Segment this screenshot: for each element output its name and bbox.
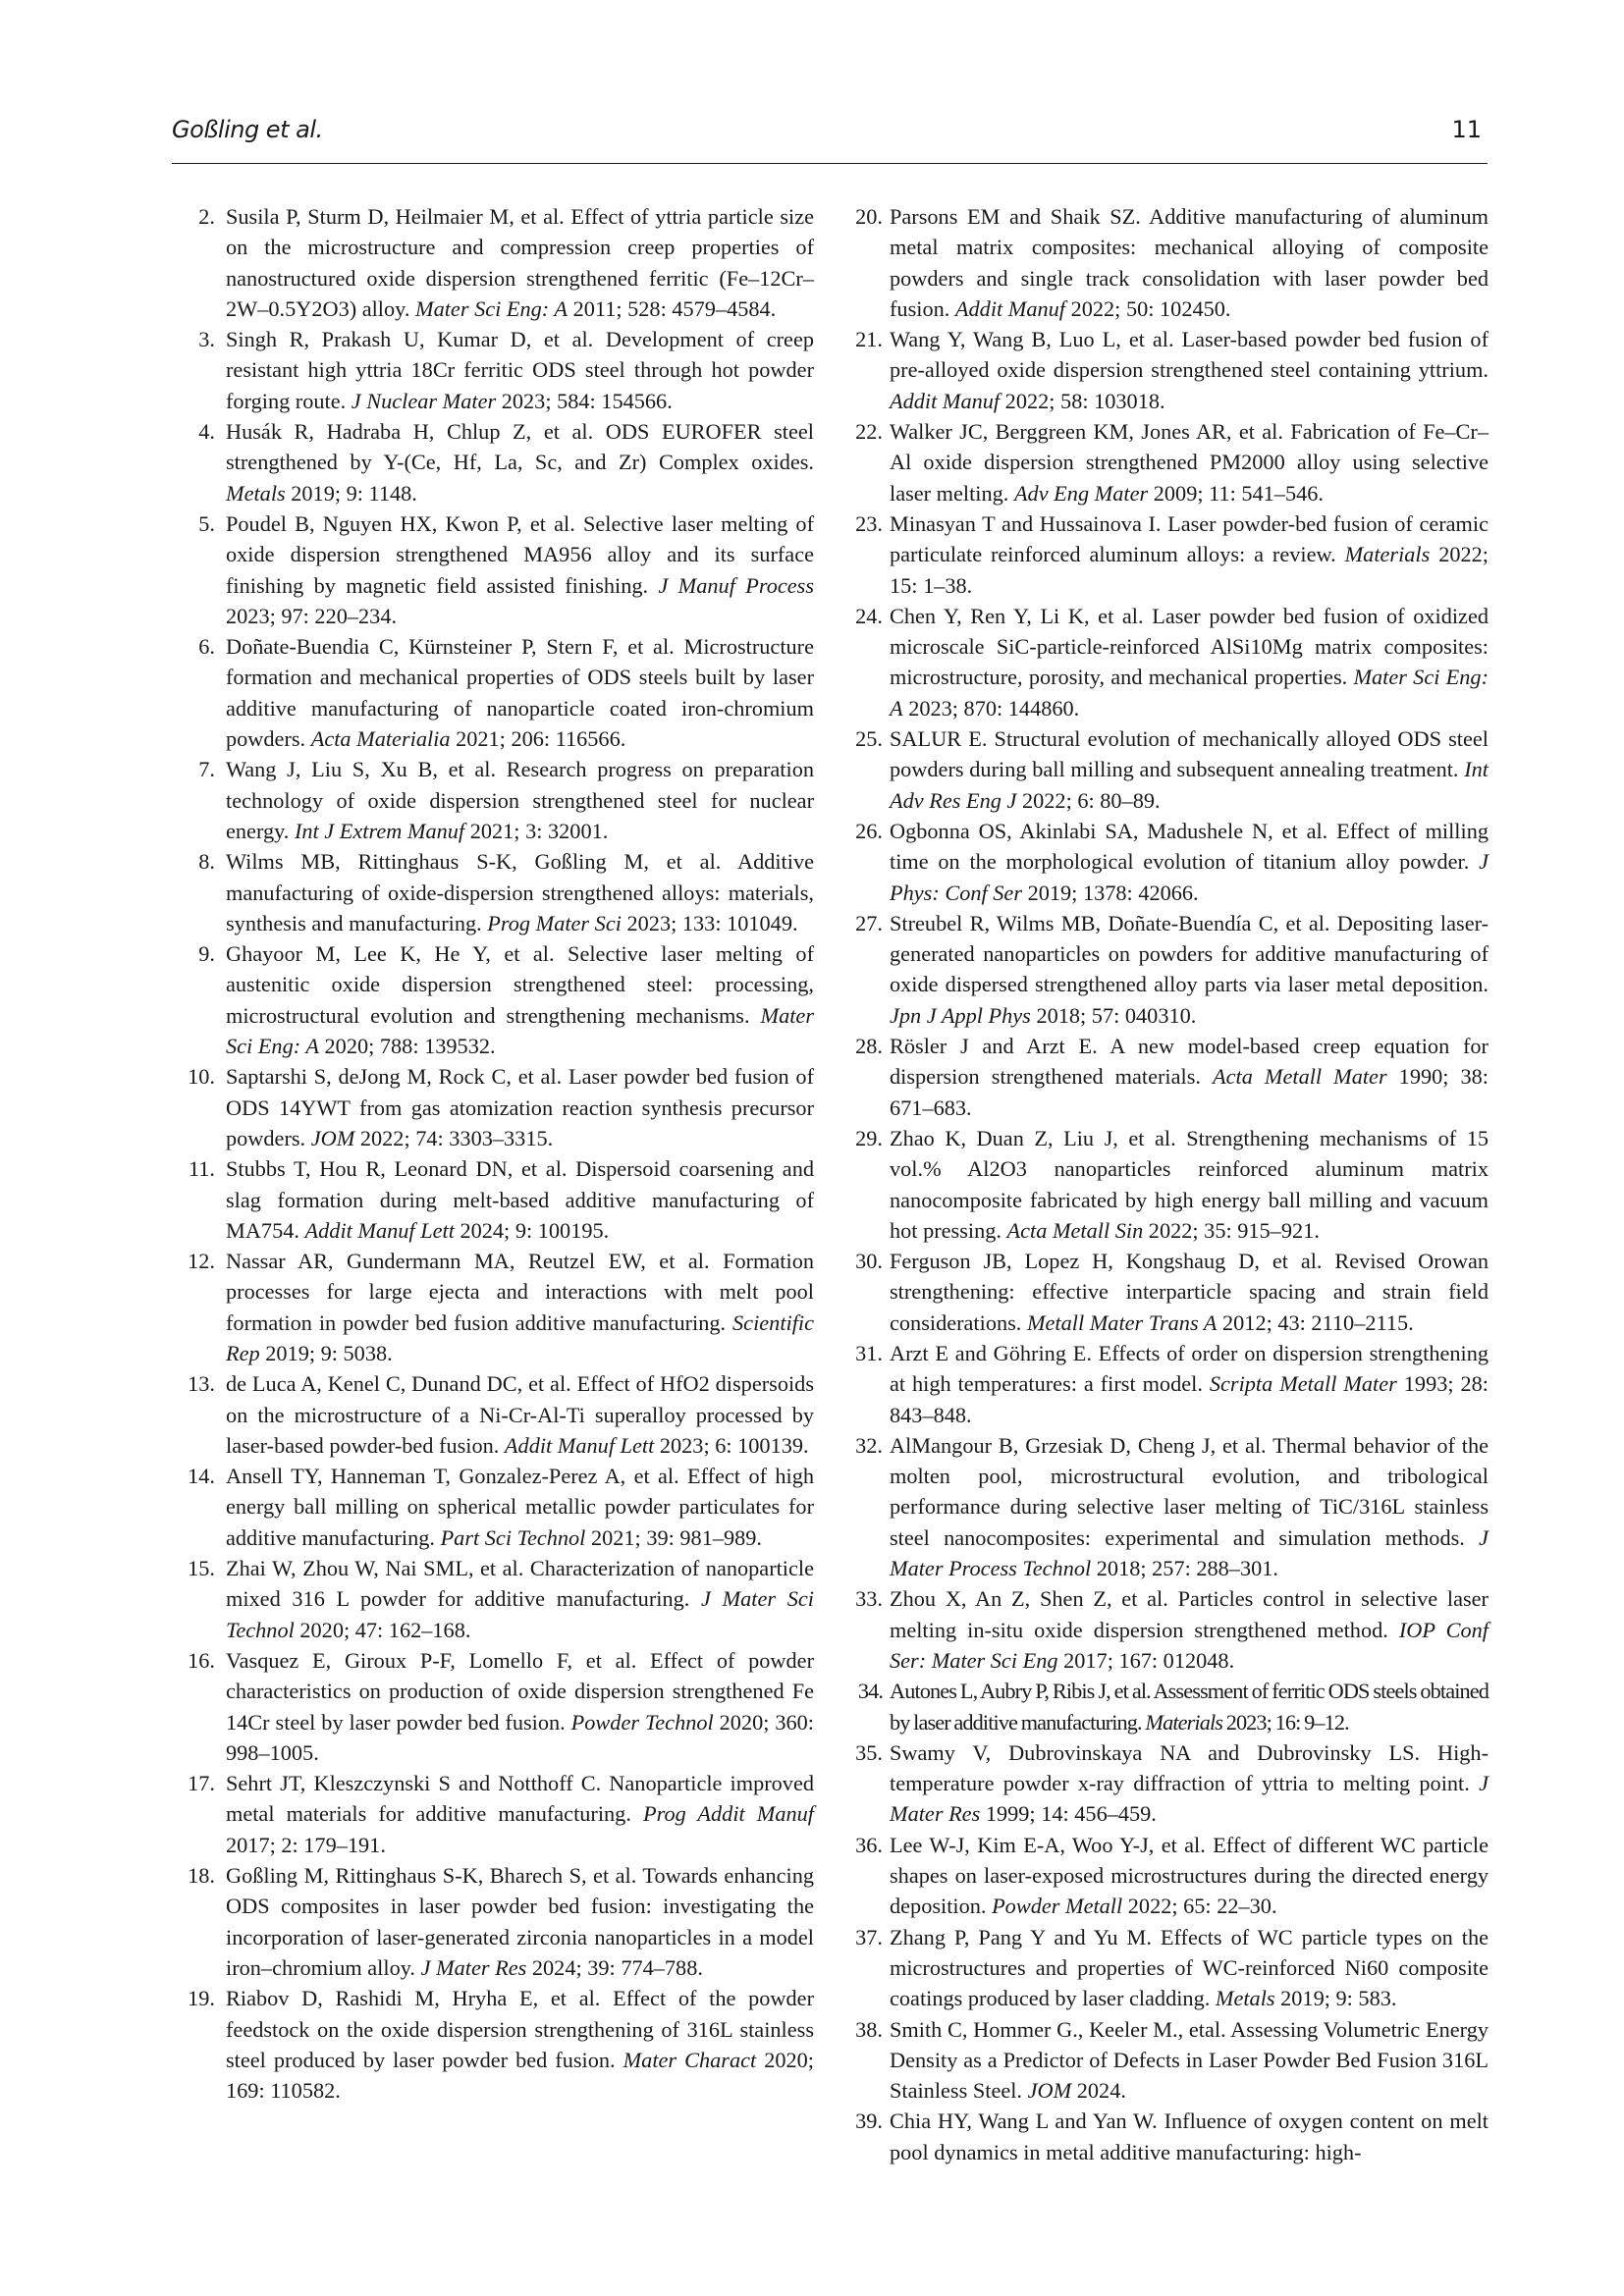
- reference-number: 22.: [838, 416, 883, 447]
- reference-details: 2019; 9: 583.: [1275, 1986, 1397, 2010]
- reference-item: 10.Saptarshi S, deJong M, Rock C, et al.…: [172, 1061, 814, 1153]
- reference-journal: Metals: [226, 481, 286, 506]
- reference-number: 9.: [172, 938, 215, 969]
- reference-item: 39.Chia HY, Wang L and Yan W. Influence …: [838, 2106, 1489, 2167]
- reference-journal: Powder Technol: [571, 1710, 714, 1735]
- reference-journal: Addit Manuf Lett: [305, 1218, 455, 1243]
- reference-number: 3.: [172, 324, 215, 354]
- reference-journal: J Mater Res: [421, 1955, 527, 1980]
- reference-number: 4.: [172, 416, 215, 447]
- reference-details: 2021; 39: 981–989.: [585, 1525, 762, 1550]
- page-number: 11: [1451, 116, 1482, 143]
- reference-journal: JOM: [1028, 2078, 1072, 2103]
- reference-text: SALUR E. Structural evolution of mechani…: [890, 726, 1489, 781]
- reference-number: 33.: [838, 1583, 883, 1614]
- reference-item: 21.Wang Y, Wang B, Luo L, et al. Laser-b…: [838, 324, 1489, 416]
- reference-journal: Powder Metall: [992, 1894, 1122, 1918]
- reference-details: 2017; 167: 012048.: [1058, 1648, 1235, 1673]
- reference-number: 14.: [172, 1461, 215, 1491]
- reference-details: 2009; 11: 541–546.: [1148, 481, 1324, 506]
- reference-details: 2020; 788: 139532.: [319, 1034, 496, 1058]
- reference-details: 2023; 870: 144860.: [903, 696, 1080, 721]
- reference-item: 23.Minasyan T and Hussainova I. Laser po…: [838, 508, 1489, 601]
- reference-journal: Addit Manuf: [890, 389, 1000, 413]
- reference-text: Streubel R, Wilms MB, Doñate-Buendía C, …: [890, 911, 1489, 997]
- reference-text: Ghayoor M, Lee K, He Y, et al. Selective…: [226, 941, 814, 1028]
- reference-item: 15.Zhai W, Zhou W, Nai SML, et al. Chara…: [172, 1553, 814, 1645]
- reference-number: 23.: [838, 508, 883, 539]
- reference-number: 29.: [838, 1123, 883, 1153]
- reference-text: Zhang P, Pang Y and Yu M. Effects of WC …: [890, 1925, 1489, 2011]
- reference-item: 3.Singh R, Prakash U, Kumar D, et al. De…: [172, 324, 814, 416]
- reference-text: Ogbonna OS, Akinlabi SA, Madushele N, et…: [890, 819, 1489, 874]
- reference-text: AlMangour B, Grzesiak D, Cheng J, et al.…: [890, 1433, 1489, 1550]
- reference-number: 12.: [172, 1246, 215, 1276]
- reference-details: 2021; 206: 116566.: [451, 726, 626, 751]
- reference-details: 2024.: [1071, 2078, 1126, 2103]
- running-head: Goßling et al. 11: [172, 106, 1488, 164]
- reference-details: 2019; 9: 1148.: [286, 481, 417, 506]
- reference-details: 2019; 1378: 42066.: [1022, 881, 1199, 905]
- reference-item: 37.Zhang P, Pang Y and Yu M. Effects of …: [838, 1922, 1489, 2014]
- reference-list-left: 2.Susila P, Sturm D, Heilmaier M, et al.…: [172, 201, 814, 2106]
- reference-item: 26.Ogbonna OS, Akinlabi SA, Madushele N,…: [838, 816, 1489, 908]
- reference-journal: JOM: [311, 1126, 355, 1150]
- reference-item: 34.Autones L, Aubry P, Ribis J, et al. A…: [838, 1676, 1489, 1737]
- reference-item: 17.Sehrt JT, Kleszczynski S and Notthoff…: [172, 1768, 814, 1860]
- reference-details: 2019; 9: 5038.: [260, 1341, 393, 1365]
- reference-details: 2018; 57: 040310.: [1031, 1003, 1196, 1028]
- reference-details: 2022; 50: 102450.: [1065, 296, 1230, 321]
- reference-journal: Metals: [1216, 1986, 1275, 2010]
- reference-number: 16.: [172, 1645, 215, 1676]
- reference-number: 17.: [172, 1768, 215, 1798]
- reference-number: 11.: [172, 1153, 215, 1184]
- reference-number: 10.: [172, 1061, 215, 1092]
- reference-item: 6.Doñate-Buendia C, Kürnsteiner P, Stern…: [172, 631, 814, 754]
- reference-details: 2024; 39: 774–788.: [526, 1955, 703, 1980]
- reference-number: 27.: [838, 908, 883, 938]
- reference-number: 5.: [172, 508, 215, 539]
- reference-column-left: 2.Susila P, Sturm D, Heilmaier M, et al.…: [172, 201, 814, 2106]
- reference-item: 14.Ansell TY, Hanneman T, Gonzalez-Perez…: [172, 1461, 814, 1553]
- reference-journal: Prog Mater Sci: [487, 911, 622, 935]
- reference-number: 13.: [172, 1368, 215, 1399]
- reference-number: 37.: [838, 1922, 883, 1952]
- reference-item: 33.Zhou X, An Z, Shen Z, et al. Particle…: [838, 1583, 1489, 1676]
- reference-journal: Part Sci Technol: [441, 1525, 586, 1550]
- reference-item: 22.Walker JC, Berggreen KM, Jones AR, et…: [838, 416, 1489, 508]
- reference-number: 21.: [838, 324, 883, 354]
- reference-details: 2022; 6: 80–89.: [1016, 788, 1160, 813]
- reference-journal: Scripta Metall Mater: [1210, 1371, 1397, 1396]
- reference-number: 28.: [838, 1031, 883, 1061]
- reference-details: 2022; 74: 3303–3315.: [354, 1126, 553, 1150]
- reference-item: 36.Lee W-J, Kim E-A, Woo Y-J, et al. Eff…: [838, 1830, 1489, 1922]
- reference-number: 26.: [838, 816, 883, 846]
- reference-number: 15.: [172, 1553, 215, 1583]
- reference-details: 2023; 133: 101049.: [622, 911, 798, 935]
- reference-details: 2023; 16: 9–12.: [1222, 1710, 1349, 1735]
- reference-number: 7.: [172, 754, 215, 784]
- reference-number: 20.: [838, 201, 883, 232]
- reference-number: 19.: [172, 1983, 215, 2013]
- reference-number: 34.: [838, 1676, 883, 1706]
- reference-details: 2021; 3: 32001.: [464, 819, 608, 843]
- reference-details: 1999; 14: 456–459.: [980, 1801, 1157, 1826]
- reference-text: Smith C, Hommer G., Keeler M., etal. Ass…: [890, 2017, 1489, 2104]
- reference-journal: Addit Manuf Lett: [505, 1433, 654, 1458]
- reference-journal: J Manuf Process: [658, 573, 814, 598]
- reference-details: 2018; 257: 288–301.: [1091, 1556, 1278, 1580]
- reference-journal: Materials: [1145, 1710, 1222, 1735]
- reference-text: Husák R, Hadraba H, Chlup Z, et al. ODS …: [226, 419, 814, 474]
- reference-item: 7.Wang J, Liu S, Xu B, et al. Research p…: [172, 754, 814, 846]
- reference-details: 2023; 97: 220–234.: [226, 604, 397, 628]
- reference-item: 32.AlMangour B, Grzesiak D, Cheng J, et …: [838, 1430, 1489, 1583]
- reference-item: 4.Husák R, Hadraba H, Chlup Z, et al. OD…: [172, 416, 814, 508]
- reference-journal: Int J Extrem Manuf: [295, 819, 464, 843]
- reference-journal: Prog Addit Manuf: [643, 1801, 814, 1826]
- reference-item: 9.Ghayoor M, Lee K, He Y, et al. Selecti…: [172, 938, 814, 1061]
- reference-details: 2020; 47: 162–168.: [295, 1618, 471, 1642]
- reference-journal: Materials: [1345, 542, 1431, 566]
- reference-text: Swamy V, Dubrovinskaya NA and Dubrovinsk…: [890, 1740, 1489, 1795]
- reference-text: Nassar AR, Gundermann MA, Reutzel EW, et…: [226, 1249, 814, 1335]
- reference-number: 35.: [838, 1737, 883, 1768]
- reference-journal: Metall Mater Trans A: [1027, 1310, 1217, 1335]
- reference-details: 2023; 584: 154566.: [496, 389, 673, 413]
- reference-journal: Acta Metall Mater: [1213, 1064, 1387, 1089]
- reference-item: 24.Chen Y, Ren Y, Li K, et al. Laser pow…: [838, 601, 1489, 723]
- reference-item: 12.Nassar AR, Gundermann MA, Reutzel EW,…: [172, 1246, 814, 1368]
- reference-journal: Mater Charact: [623, 2048, 757, 2072]
- reference-details: 2023; 6: 100139.: [654, 1433, 808, 1458]
- reference-journal: Adv Eng Mater: [1014, 481, 1148, 506]
- reference-item: 29.Zhao K, Duan Z, Liu J, et al. Strengt…: [838, 1123, 1489, 1246]
- reference-number: 25.: [838, 723, 883, 754]
- reference-journal: J Nuclear Mater: [352, 389, 496, 413]
- reference-details: 2012; 43: 2110–2115.: [1217, 1310, 1413, 1335]
- reference-number: 30.: [838, 1246, 883, 1276]
- reference-item: 16.Vasquez E, Giroux P-F, Lomello F, et …: [172, 1645, 814, 1768]
- reference-item: 2.Susila P, Sturm D, Heilmaier M, et al.…: [172, 201, 814, 324]
- reference-number: 6.: [172, 631, 215, 662]
- reference-number: 38.: [838, 2014, 883, 2045]
- reference-item: 5.Poudel B, Nguyen HX, Kwon P, et al. Se…: [172, 508, 814, 631]
- reference-number: 18.: [172, 1860, 215, 1891]
- reference-number: 24.: [838, 601, 883, 631]
- reference-number: 31.: [838, 1338, 883, 1368]
- reference-item: 11.Stubbs T, Hou R, Leonard DN, et al. D…: [172, 1153, 814, 1246]
- reference-item: 13.de Luca A, Kenel C, Dunand DC, et al.…: [172, 1368, 814, 1461]
- reference-text: Wang Y, Wang B, Luo L, et al. Laser-base…: [890, 327, 1489, 382]
- reference-number: 36.: [838, 1830, 883, 1860]
- reference-text: Chia HY, Wang L and Yan W. Influence of …: [890, 2109, 1489, 2163]
- reference-item: 19.Riabov D, Rashidi M, Hryha E, et al. …: [172, 1983, 814, 2106]
- reference-details: 2022; 58: 103018.: [1000, 389, 1164, 413]
- reference-item: 28.Rösler J and Arzt E. A new model-base…: [838, 1031, 1489, 1123]
- reference-item: 38.Smith C, Hommer G., Keeler M., etal. …: [838, 2014, 1489, 2107]
- reference-item: 27.Streubel R, Wilms MB, Doñate-Buendía …: [838, 908, 1489, 1031]
- reference-item: 25.SALUR E. Structural evolution of mech…: [838, 723, 1489, 816]
- running-author: Goßling et al.: [172, 116, 323, 143]
- reference-item: 30.Ferguson JB, Lopez H, Kongshaug D, et…: [838, 1246, 1489, 1338]
- reference-journal: Addit Manuf: [955, 296, 1065, 321]
- reference-number: 39.: [838, 2106, 883, 2136]
- reference-number: 32.: [838, 1430, 883, 1461]
- reference-item: 35.Swamy V, Dubrovinskaya NA and Dubrovi…: [838, 1737, 1489, 1830]
- reference-details: 2022; 35: 915–921.: [1143, 1218, 1320, 1243]
- reference-journal: Jpn J Appl Phys: [890, 1003, 1031, 1028]
- reference-number: 8.: [172, 846, 215, 877]
- reference-number: 2.: [172, 201, 215, 232]
- reference-journal: Acta Materialia: [311, 726, 451, 751]
- reference-journal: Acta Metall Sin: [1007, 1218, 1144, 1243]
- reference-details: 2017; 2: 179–191.: [226, 1833, 386, 1857]
- reference-list-right: 20.Parsons EM and Shaik SZ. Additive man…: [838, 201, 1489, 2167]
- reference-item: 18.Goßling M, Rittinghaus S-K, Bharech S…: [172, 1860, 814, 1983]
- reference-item: 8.Wilms MB, Rittinghaus S-K, Goßling M, …: [172, 846, 814, 938]
- reference-details: 2011; 528: 4579–4584.: [568, 296, 776, 321]
- reference-item: 20.Parsons EM and Shaik SZ. Additive man…: [838, 201, 1489, 324]
- reference-details: 2022; 65: 22–30.: [1122, 1894, 1276, 1918]
- reference-journal: Mater Sci Eng: A: [415, 296, 568, 321]
- reference-details: 2024; 9: 100195.: [455, 1218, 609, 1243]
- reference-column-right: 20.Parsons EM and Shaik SZ. Additive man…: [838, 201, 1489, 2167]
- reference-item: 31.Arzt E and Göhring E. Effects of orde…: [838, 1338, 1489, 1430]
